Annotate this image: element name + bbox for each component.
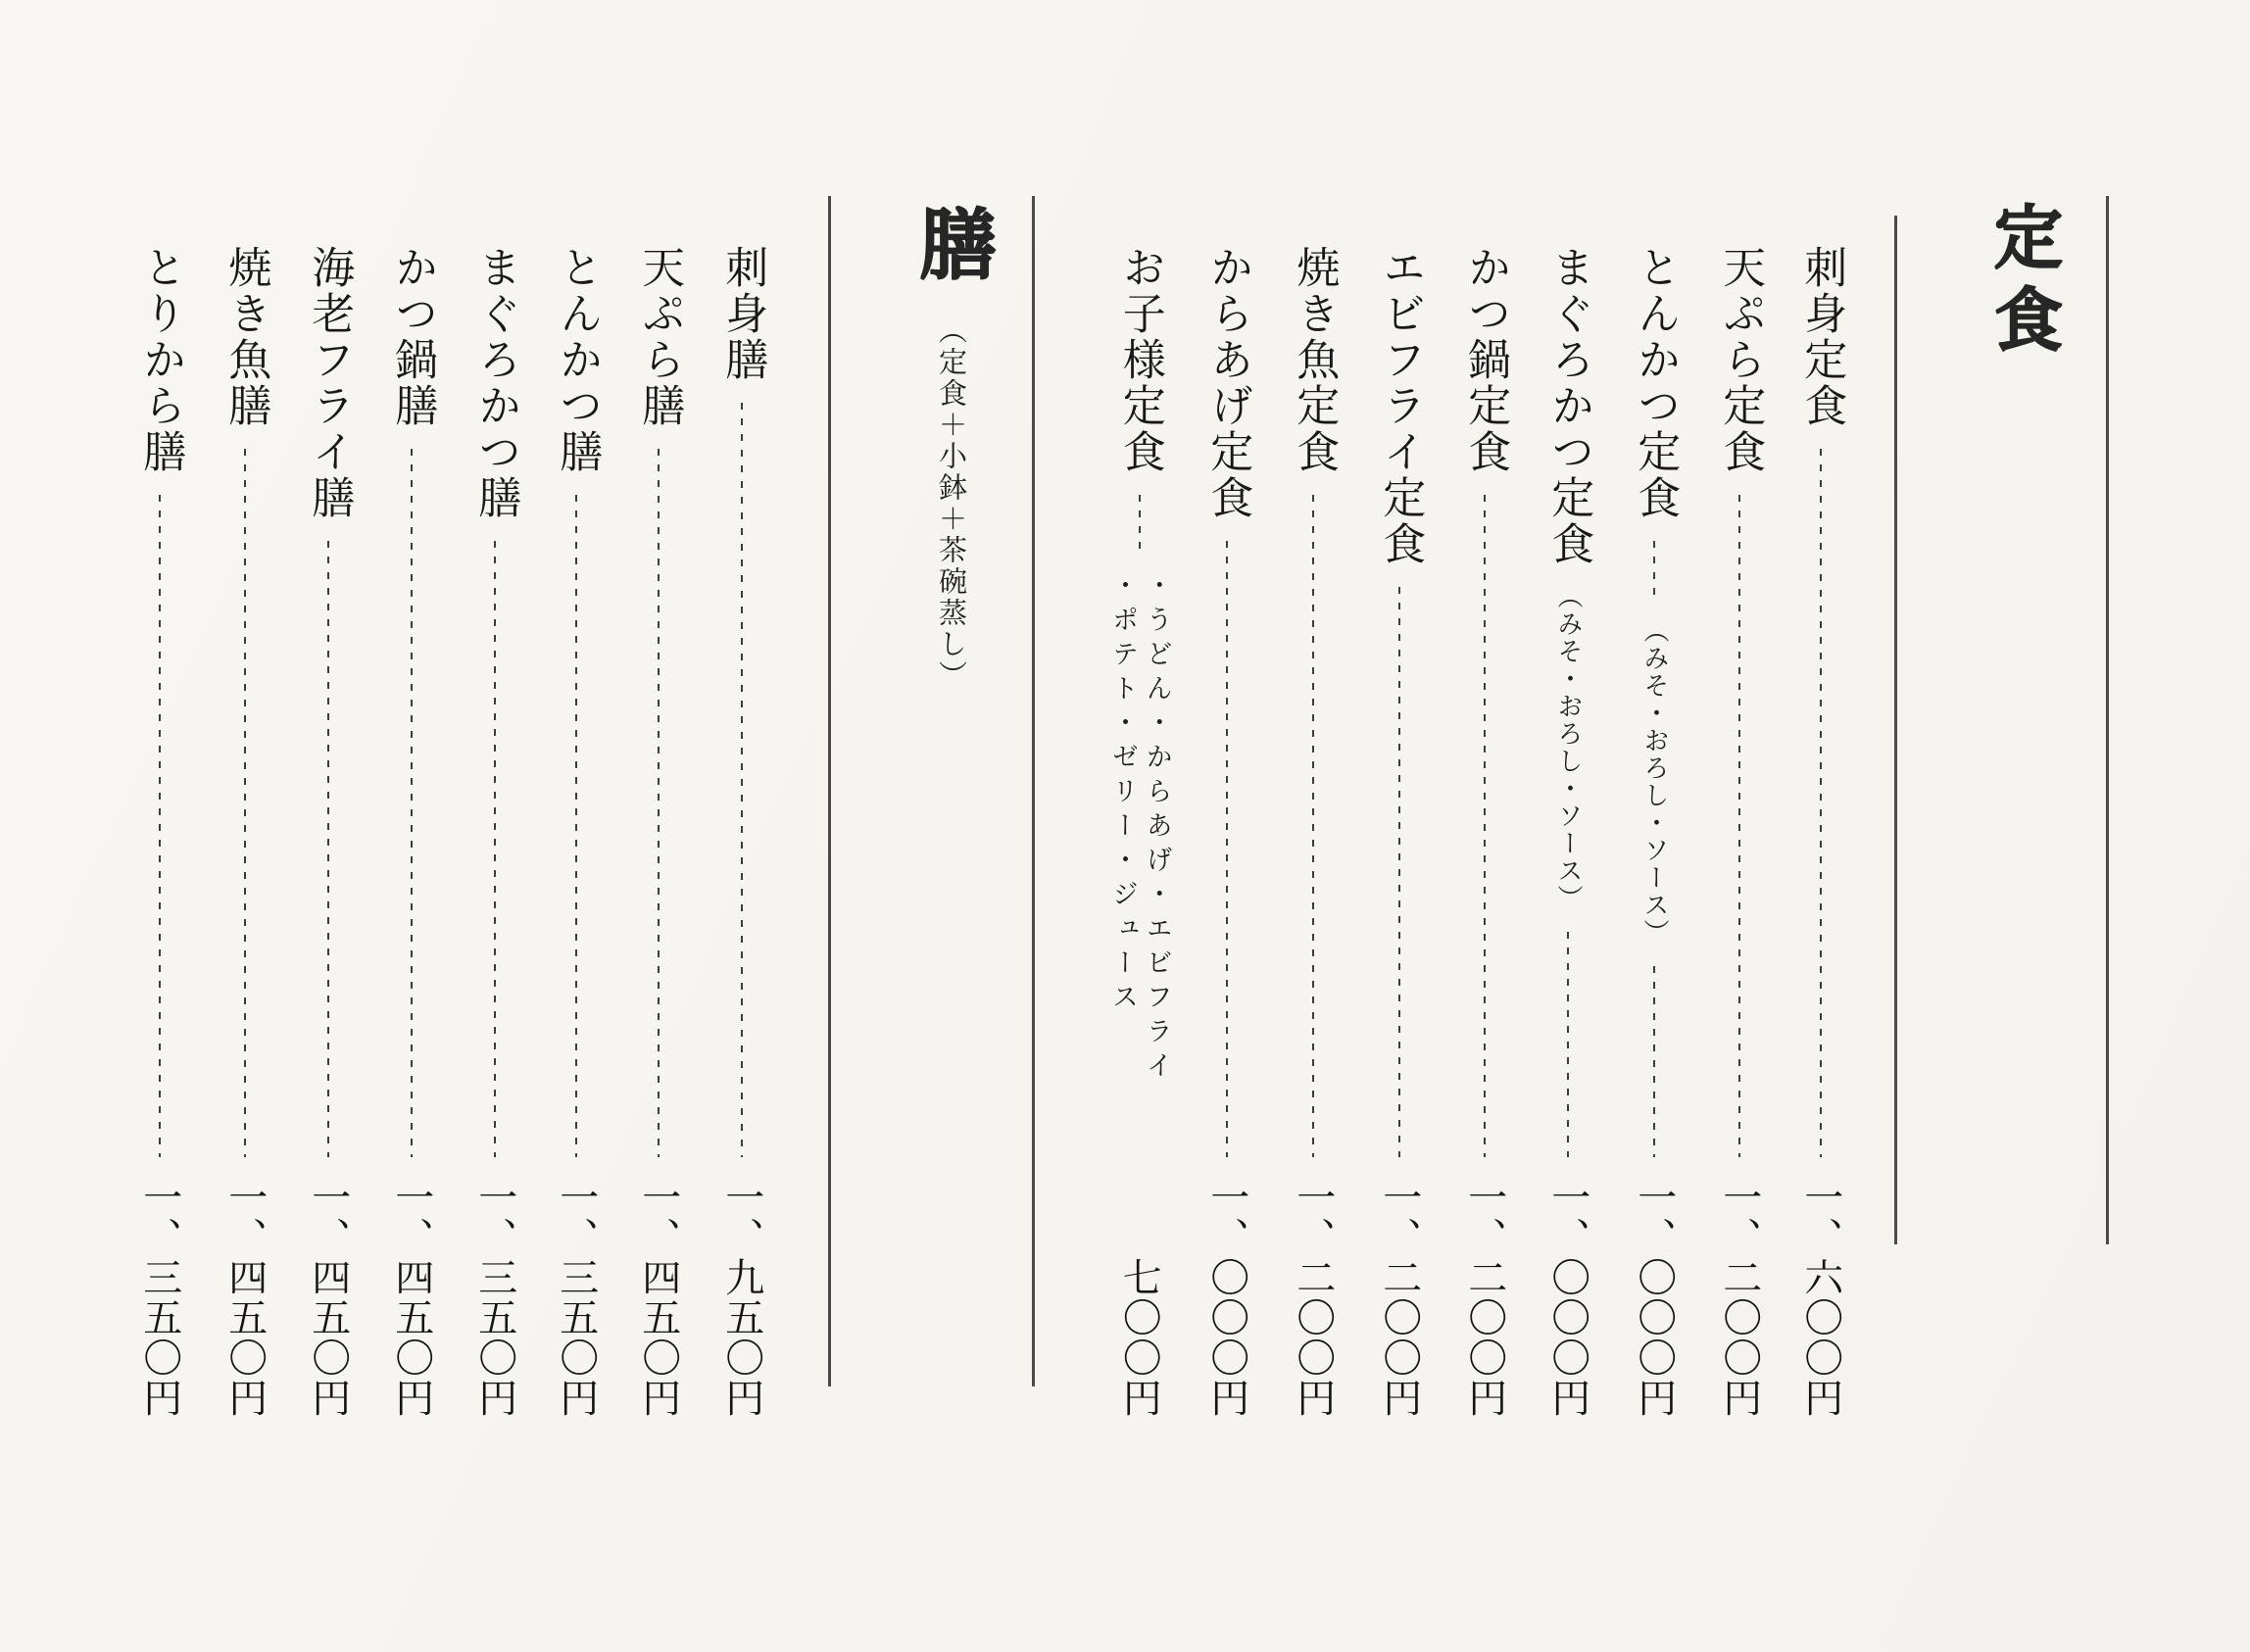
item-note: ・うどん・からあげ・エビフライ ・ポテト・ゼリー・ジュース bbox=[1102, 571, 1175, 1086]
item-price: 一、四五〇円 bbox=[637, 1177, 680, 1418]
item-name: とんかつ膳 bbox=[553, 245, 600, 475]
item-name: 天ぷら膳 bbox=[635, 245, 682, 429]
item-name: 焼き魚定食 bbox=[1290, 245, 1337, 475]
menu-item-sashimi-zen: 刺身膳 一、九五〇円 bbox=[698, 245, 786, 1418]
dotted-leader bbox=[658, 449, 660, 1157]
menu-item-tonkatsu-teishoku: とんかつ定食 （みそ・おろし・ソース） 一、〇〇〇円 bbox=[1610, 245, 1698, 1418]
item-note-line: ・ポテト・ゼリー・ジュース bbox=[1107, 571, 1137, 1086]
menu-page: 定食 刺身定食 一、六〇〇円 天ぷら定食 一、二〇〇円 とんかつ定食 （みそ・お… bbox=[0, 0, 2250, 1652]
item-price: 一、六〇〇円 bbox=[1799, 1177, 1842, 1418]
dotted-leader bbox=[1738, 495, 1740, 1157]
item-name: 刺身膳 bbox=[718, 245, 765, 383]
item-name: 焼き魚膳 bbox=[221, 245, 269, 429]
item-name: からあげ定食 bbox=[1203, 245, 1250, 521]
dotted-leader bbox=[1653, 541, 1655, 598]
menu-item-yakizakana-teishoku: 焼き魚定食 一、二〇〇円 bbox=[1269, 245, 1357, 1418]
item-price: 一、二〇〇円 bbox=[1378, 1177, 1421, 1418]
menu-item-okosama-teishoku: お子様定食 ・うどん・からあげ・エビフライ ・ポテト・ゼリー・ジュース 七〇〇円 bbox=[1088, 245, 1191, 1418]
item-price: 一、三五〇円 bbox=[555, 1177, 598, 1418]
menu-item-sashimi-teishoku: 刺身定食 一、六〇〇円 bbox=[1777, 245, 1865, 1418]
section-subtitle-zen: （定食＋小鉢＋茶碗蒸し） bbox=[935, 316, 966, 692]
item-name: とんかつ定食 bbox=[1631, 245, 1678, 521]
section-header-zen: 膳 （定食＋小鉢＋茶碗蒸し） bbox=[860, 204, 1005, 1380]
section-title-zen: 膳 bbox=[908, 204, 994, 294]
dotted-leader bbox=[1484, 495, 1486, 1157]
item-note: （みそ・おろし・ソース） bbox=[1639, 617, 1669, 947]
section-title-teishoku: 定食 bbox=[1983, 201, 2059, 365]
dotted-leader bbox=[327, 541, 329, 1157]
dotted-leader bbox=[575, 495, 577, 1157]
dotted-leader bbox=[741, 403, 743, 1157]
menu-item-karaage-teishoku: からあげ定食 一、〇〇〇円 bbox=[1183, 245, 1271, 1418]
dotted-leader bbox=[1312, 495, 1314, 1157]
menu-item-yakizakana-zen: 焼き魚膳 一、四五〇円 bbox=[201, 245, 289, 1418]
item-price: 一、二〇〇円 bbox=[1463, 1177, 1506, 1418]
dotted-leader bbox=[1567, 932, 1569, 1157]
item-name: 刺身定食 bbox=[1797, 245, 1844, 429]
teishoku-left-rule bbox=[1894, 216, 1897, 1244]
item-name: お子様定食 bbox=[1115, 245, 1162, 475]
menu-item-magurokatsu-teishoku: まぐろかつ定食 （みそ・おろし・ソース） 一、〇〇〇円 bbox=[1524, 245, 1612, 1418]
zen-left-rule bbox=[828, 196, 831, 1386]
item-price: 一、三五〇円 bbox=[473, 1177, 516, 1418]
item-price: 一、三五〇円 bbox=[138, 1177, 181, 1418]
menu-item-ebifurai-teishoku: エビフライ定食 一、二〇〇円 bbox=[1355, 245, 1443, 1418]
item-price: 一、二〇〇円 bbox=[1718, 1177, 1761, 1418]
dotted-leader bbox=[1139, 495, 1141, 552]
item-name: かつ鍋膳 bbox=[388, 245, 435, 429]
item-price: 一、〇〇〇円 bbox=[1546, 1177, 1590, 1418]
item-price: 一、四五〇円 bbox=[223, 1177, 267, 1418]
item-name: かつ鍋定食 bbox=[1461, 245, 1508, 475]
item-name: まぐろかつ膳 bbox=[471, 245, 518, 521]
item-price: 一、二〇〇円 bbox=[1292, 1177, 1335, 1418]
item-price: 七〇〇円 bbox=[1118, 1257, 1161, 1418]
menu-item-tempura-teishoku: 天ぷら定食 一、二〇〇円 bbox=[1695, 245, 1784, 1418]
dotted-leader bbox=[494, 541, 496, 1157]
menu-item-torikara-zen: とりから膳 一、三五〇円 bbox=[116, 245, 204, 1418]
item-price: 一、九五〇円 bbox=[720, 1177, 763, 1418]
item-price: 一、四五〇円 bbox=[307, 1177, 350, 1418]
item-price: 一、四五〇円 bbox=[390, 1177, 433, 1418]
dotted-leader bbox=[411, 449, 413, 1157]
menu-item-tempura-zen: 天ぷら膳 一、四五〇円 bbox=[614, 245, 703, 1418]
menu-item-ebifurai-zen: 海老フライ膳 一、四五〇円 bbox=[284, 245, 372, 1418]
item-price: 一、〇〇〇円 bbox=[1205, 1177, 1248, 1418]
menu-item-magurokatsu-zen: まぐろかつ膳 一、三五〇円 bbox=[451, 245, 539, 1418]
item-price: 一、〇〇〇円 bbox=[1633, 1177, 1676, 1418]
item-name: まぐろかつ定食 bbox=[1544, 245, 1591, 567]
menu-item-katsunabe-teishoku: かつ鍋定食 一、二〇〇円 bbox=[1441, 245, 1529, 1418]
dotted-leader bbox=[244, 449, 246, 1157]
section-header-teishoku: 定食 bbox=[1929, 201, 2071, 1181]
dotted-leader bbox=[1820, 449, 1822, 1157]
teishoku-right-rule bbox=[2106, 196, 2109, 1244]
item-name: 海老フライ膳 bbox=[305, 245, 352, 521]
item-name: とりから膳 bbox=[136, 245, 183, 475]
dotted-leader bbox=[1226, 541, 1228, 1157]
item-name: エビフライ定食 bbox=[1376, 245, 1423, 567]
item-note-line: ・うどん・からあげ・エビフライ bbox=[1142, 571, 1171, 1086]
menu-item-katsunabe-zen: かつ鍋膳 一、四五〇円 bbox=[367, 245, 456, 1418]
dotted-leader bbox=[159, 495, 161, 1157]
zen-right-rule bbox=[1032, 196, 1035, 1386]
item-name: 天ぷら定食 bbox=[1716, 245, 1763, 475]
dotted-leader bbox=[1398, 587, 1400, 1157]
item-note: （みそ・おろし・ソース） bbox=[1553, 583, 1583, 912]
menu-item-tonkatsu-zen: とんかつ膳 一、三五〇円 bbox=[532, 245, 620, 1418]
dotted-leader bbox=[1653, 966, 1655, 1157]
